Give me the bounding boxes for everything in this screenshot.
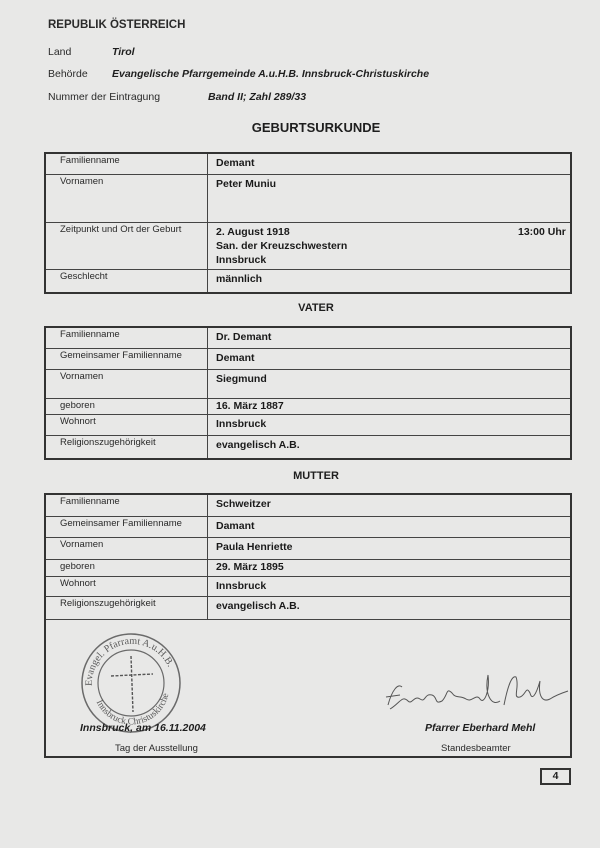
land-label: Land — [48, 46, 71, 58]
field-value: Innsbruck — [208, 415, 570, 435]
issue-place-date: Innsbruck, am 16.11.2004 — [80, 722, 206, 734]
stamp-top-text: Evangel. Pfarramt A.u.H.B. — [84, 636, 176, 686]
table-row: Religionszugehörigkeit evangelisch A.B. — [46, 597, 570, 620]
church-seal-stamp: Evangel. Pfarramt A.u.H.B. Innsbruck Chr… — [78, 630, 184, 736]
table-row: geboren 29. März 1895 — [46, 560, 570, 577]
table-row: Wohnort Innsbruck — [46, 577, 570, 597]
table-row: Vornamen Peter Muniu — [46, 175, 570, 223]
birth-city: Innsbruck — [216, 253, 570, 267]
table-row: Zeitpunkt und Ort der Geburt 2. August 1… — [46, 223, 570, 270]
field-value: 16. März 1887 — [208, 399, 570, 414]
field-label: Gemeinsamer Familienname — [46, 517, 208, 537]
birth-details: 2. August 1918 San. der Kreuzschwestern … — [208, 223, 570, 269]
field-label: Familienname — [46, 495, 208, 516]
field-value: evangelisch A.B. — [208, 436, 570, 458]
field-value: Dr. Demant — [208, 328, 570, 348]
cross-icon — [131, 656, 133, 712]
field-label: Geschlecht — [46, 270, 208, 292]
entry-number-label: Nummer der Eintragung — [48, 91, 160, 103]
field-label: Gemeinsamer Familienname — [46, 349, 208, 369]
table-row: Vornamen Paula Henriette — [46, 538, 570, 560]
authority-value: Evangelische Pfarrgemeinde A.u.H.B. Inns… — [112, 68, 429, 80]
table-row: Familienname Demant — [46, 154, 570, 175]
table-row: Familienname Dr. Demant — [46, 328, 570, 349]
field-label: Familienname — [46, 328, 208, 348]
mother-table: Familienname Schweitzer Gemeinsamer Fami… — [44, 493, 572, 620]
svg-text:Evangel. Pfarramt A.u.H.B.: Evangel. Pfarramt A.u.H.B. — [84, 636, 176, 686]
field-label: Religionszugehörigkeit — [46, 597, 208, 619]
field-label: Vornamen — [46, 370, 208, 398]
father-table: Familienname Dr. Demant Gemeinsamer Fami… — [44, 326, 572, 460]
field-value: Damant — [208, 517, 570, 537]
field-value: Paula Henriette — [208, 538, 570, 559]
table-row: Religionszugehörigkeit evangelisch A.B. — [46, 436, 570, 458]
registrar-name: Pfarrer Eberhard Mehl — [425, 722, 535, 734]
authority-label: Behörde — [48, 68, 88, 80]
handwritten-signature — [380, 665, 570, 715]
field-value: männlich — [208, 270, 570, 292]
table-row: Wohnort Innsbruck — [46, 415, 570, 436]
field-value: 29. März 1895 — [208, 560, 570, 576]
country-heading: REPUBLIK ÖSTERREICH — [48, 19, 185, 31]
field-value: Peter Muniu — [208, 175, 570, 222]
land-value: Tirol — [112, 46, 135, 58]
field-value: Innsbruck — [208, 577, 570, 596]
table-row: Vornamen Siegmund — [46, 370, 570, 399]
entry-number-value: Band II; Zahl 289/33 — [208, 91, 306, 103]
field-label: Religionszugehörigkeit — [46, 436, 208, 458]
field-value: Schweitzer — [208, 495, 570, 516]
document-title: GEBURTSURKUNDE — [16, 120, 600, 135]
table-row: Familienname Schweitzer — [46, 495, 570, 517]
field-label: Vornamen — [46, 538, 208, 559]
table-row: Gemeinsamer Familienname Damant — [46, 517, 570, 538]
field-label: Vornamen — [46, 175, 208, 222]
registrar-title: Standesbeamter — [441, 743, 511, 754]
father-heading: VATER — [16, 302, 600, 314]
field-label: geboren — [46, 399, 208, 414]
field-value: Siegmund — [208, 370, 570, 398]
mother-heading: MUTTER — [16, 470, 600, 482]
birth-date: 2. August 1918 — [216, 225, 570, 239]
birth-place: San. der Kreuzschwestern — [216, 239, 570, 253]
child-table: Familienname Demant Vornamen Peter Muniu… — [44, 152, 572, 294]
field-label: Zeitpunkt und Ort der Geburt — [46, 223, 208, 269]
field-value: evangelisch A.B. — [208, 597, 570, 619]
field-value: Demant — [208, 349, 570, 369]
field-value: Demant — [208, 154, 570, 174]
field-label: geboren — [46, 560, 208, 576]
table-row: Geschlecht männlich — [46, 270, 570, 292]
field-label: Wohnort — [46, 577, 208, 596]
field-label: Wohnort — [46, 415, 208, 435]
table-row: geboren 16. März 1887 — [46, 399, 570, 415]
birth-time: 13:00 Uhr — [518, 225, 566, 239]
issue-date-label: Tag der Ausstellung — [115, 743, 198, 754]
page-number: 4 — [540, 768, 571, 785]
table-row: Gemeinsamer Familienname Demant — [46, 349, 570, 370]
field-label: Familienname — [46, 154, 208, 174]
